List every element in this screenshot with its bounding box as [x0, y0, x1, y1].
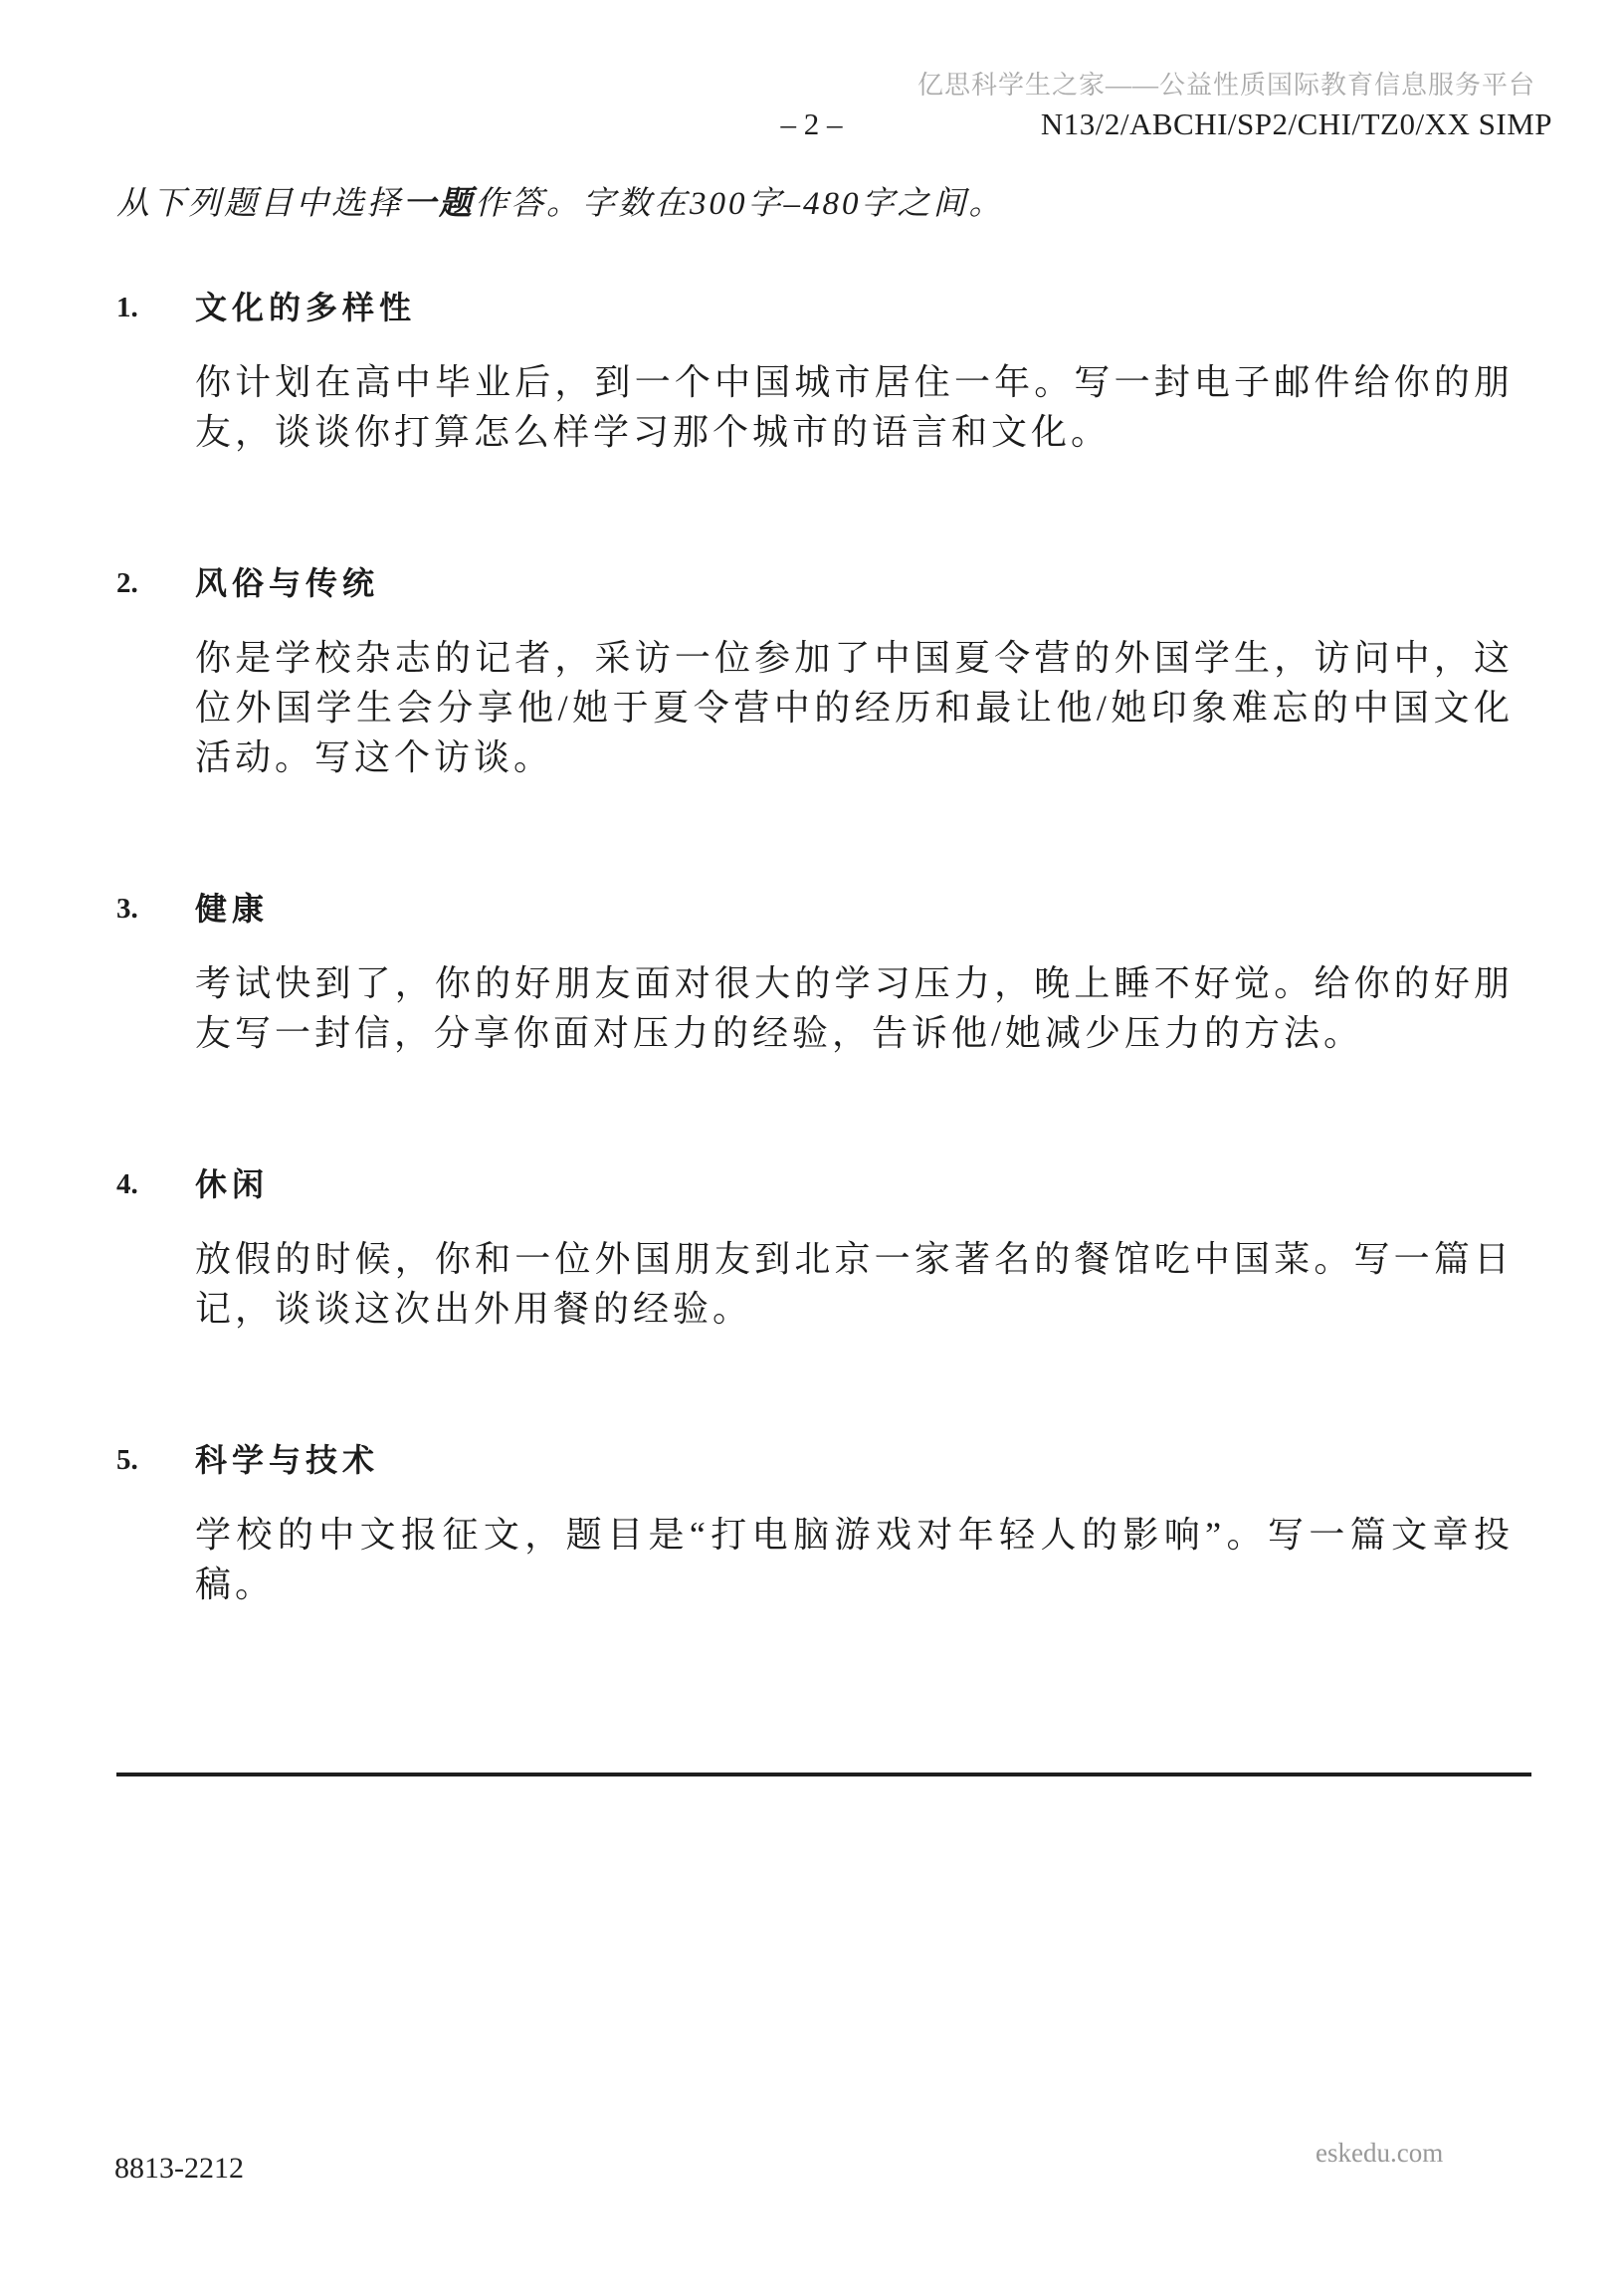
- question-number: 5.: [116, 1437, 138, 1483]
- instruction-emphasis: 一题: [403, 186, 475, 222]
- question-number: 4.: [116, 1161, 138, 1207]
- question-body: 放假的时候，你和一位外国朋友到北京一家著名的餐馆吃中国菜。写一篇日记，谈谈这次出…: [195, 1234, 1514, 1334]
- question-body: 考试快到了，你的好朋友面对很大的学习压力，晚上睡不好觉。给你的好朋友写一封信，分…: [195, 958, 1514, 1058]
- question-title: 文化的多样性: [195, 285, 1514, 330]
- question-item-4: 4. 休闲 放假的时候，你和一位外国朋友到北京一家著名的餐馆吃中国菜。写一篇日记…: [116, 1161, 1514, 1334]
- page-content: 从下列题目中选择一题作答。字数在300字–480字之间。 1. 文化的多样性 你…: [116, 181, 1514, 1713]
- question-item-1: 1. 文化的多样性 你计划在高中毕业后，到一个中国城市居住一年。写一封电子邮件给…: [116, 285, 1514, 457]
- question-title: 健康: [195, 886, 1514, 932]
- question-item-2: 2. 风俗与传统 你是学校杂志的记者，采访一位参加了中国夏令营的外国学生，访问中…: [116, 560, 1514, 782]
- document-code: 8813-2212: [114, 2152, 244, 2186]
- question-body: 你是学校杂志的记者，采访一位参加了中国夏令营的外国学生，访问中，这位外国学生会分…: [195, 633, 1514, 782]
- instruction-pre: 从下列题目中选择: [116, 186, 403, 222]
- exam-paper-page: 亿思科学生之家——公益性质国际教育信息服务平台 – 2 – N13/2/ABCH…: [0, 0, 1623, 2296]
- footer-divider: [116, 1773, 1531, 1776]
- question-number: 3.: [116, 886, 138, 932]
- site-watermark: eskedu.com: [1316, 2138, 1443, 2168]
- question-title: 休闲: [195, 1161, 1514, 1207]
- question-body: 学校的中文报征文，题目是“打电脑游戏对年轻人的影响”。写一篇文章投稿。: [195, 1510, 1514, 1609]
- paper-code: N13/2/ABCHI/SP2/CHI/TZ0/XX SIMP: [1041, 105, 1552, 143]
- question-title: 风俗与传统: [195, 560, 1514, 606]
- watermark-text: 亿思科学生之家——公益性质国际教育信息服务平台: [917, 70, 1535, 102]
- question-body: 你计划在高中毕业后，到一个中国城市居住一年。写一封电子邮件给你的朋友，谈谈你打算…: [195, 357, 1514, 457]
- question-item-5: 5. 科学与技术 学校的中文报征文，题目是“打电脑游戏对年轻人的影响”。写一篇文…: [116, 1437, 1514, 1609]
- question-title: 科学与技术: [195, 1437, 1514, 1483]
- question-number: 2.: [116, 560, 138, 606]
- question-item-3: 3. 健康 考试快到了，你的好朋友面对很大的学习压力，晚上睡不好觉。给你的好朋友…: [116, 886, 1514, 1058]
- instruction-line: 从下列题目中选择一题作答。字数在300字–480字之间。: [116, 181, 1514, 227]
- question-number: 1.: [116, 285, 138, 330]
- instruction-post: 作答。字数在300字–480字之间。: [475, 186, 1005, 222]
